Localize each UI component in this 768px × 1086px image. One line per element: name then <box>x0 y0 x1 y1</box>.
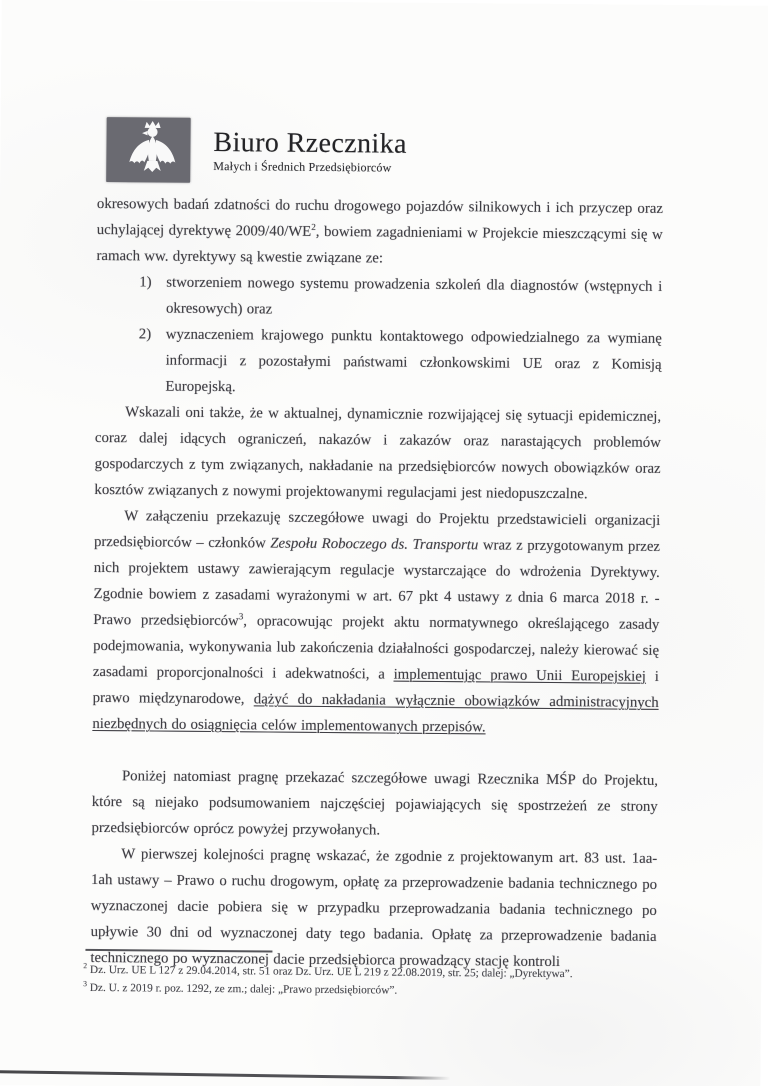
footnote-text: Dz. Urz. UE L 127 z 29.04.2014, str. 51 … <box>90 964 573 980</box>
footnote-marker: 3 <box>83 979 87 988</box>
underlined-phrase: implementując prawo Unii Europejskiej <box>394 667 647 685</box>
paragraph-epidemic: Wskazali oni także, że w aktualnej, dyna… <box>94 399 661 508</box>
footnote-separator <box>85 949 272 953</box>
italic-working-group-name: Zespołu Roboczego ds. Transportu <box>270 535 478 553</box>
footnotes-section: 2 Dz. Urz. UE L 127 z 29.04.2014, str. 5… <box>83 949 683 1002</box>
list-number: 1) <box>139 269 166 321</box>
org-subtitle: Małych i Średnich Przedsiębiorców <box>213 159 406 175</box>
list-item-1: 1)stworzeniem nowego systemu prowadzenia… <box>139 269 662 326</box>
org-name: Biuro Rzecznika <box>213 128 407 160</box>
list-item-2: 2)wyznaczeniem krajowego punktu kontakto… <box>138 321 662 404</box>
footnote-marker: 2 <box>83 961 87 970</box>
polish-eagle-icon <box>106 117 191 183</box>
paragraph-continuation: okresowych badań zdatności do ruchu drog… <box>96 191 663 274</box>
paragraph-attachment: W załączeniu przekazuję szczegółowe uwag… <box>92 503 660 742</box>
list-item-text: stworzeniem nowego systemu prowadzenia s… <box>166 270 662 326</box>
org-logo <box>106 117 191 183</box>
list-number: 2) <box>138 321 166 399</box>
numbered-list: 1)stworzeniem nowego systemu prowadzenia… <box>95 269 662 404</box>
paragraph-below-remarks: Poniżej natomiast pragnę przekazać szcze… <box>91 763 658 846</box>
scanned-letter-page: Biuro Rzecznika Małych i Średnich Przeds… <box>0 0 768 1086</box>
footnote-text: Dz. U. z 2019 r. poz. 1292, ze zm.; dale… <box>90 981 398 996</box>
list-item-text: wyznaczeniem krajowego punktu kontaktowe… <box>165 322 662 404</box>
letter-body: okresowych badań zdatności do ruchu drog… <box>90 191 663 976</box>
letterhead-text: Biuro Rzecznika Małych i Średnich Przeds… <box>213 128 407 175</box>
scan-bottom-edge <box>0 1070 450 1079</box>
